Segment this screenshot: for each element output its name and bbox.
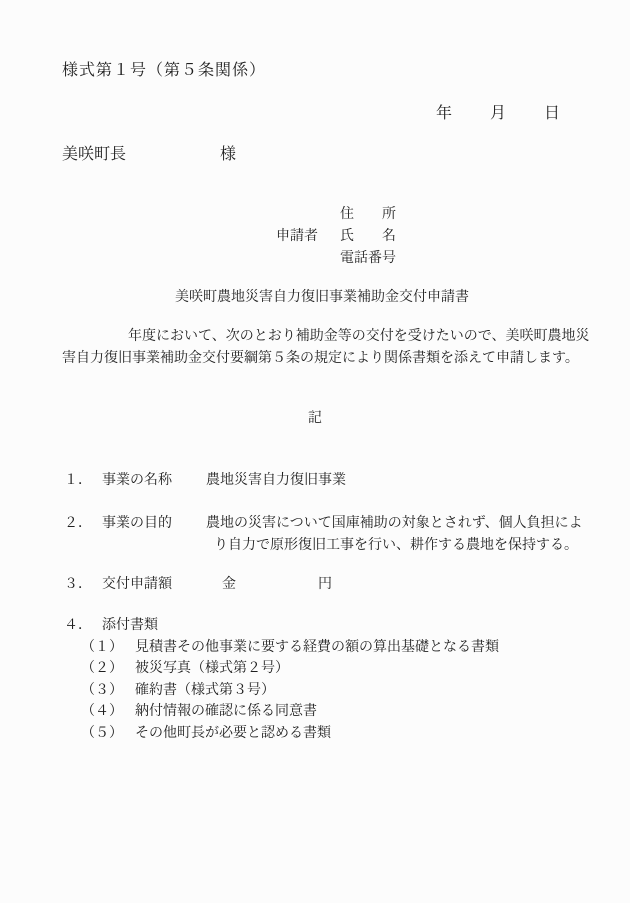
document-title: 美咲町農地災害自力復旧事業補助金交付申請書 [175,291,469,305]
item-2-value-line-1: 農地の災害について国庫補助の対象とされず、個人負担によ [206,517,583,531]
addressee-name: 美咲町長 [62,147,126,163]
applicant-phone-label: 電話番号 [340,252,396,266]
attachment-2-number: （２） [81,662,123,676]
attachment-4-number: （４） [81,705,123,719]
item-3-number: ３． [64,578,92,592]
form-number: 様式第１号（第５条関係） [62,63,266,79]
amount-unit: 円 [318,578,332,592]
applicant-label: 申請者 [276,230,318,244]
item-1-label: 事業の名称 [102,474,172,488]
attachment-4-text: 納付情報の確認に係る同意書 [135,705,317,719]
item-2-value-line-2: り自力で原形復旧工事を行い、耕作する農地を保持する。 [214,539,578,553]
item-1-value: 農地災害自力復旧事業 [206,474,346,488]
date-day-label: 日 [544,106,560,122]
body-line-2: 害自力復旧事業補助金交付要綱第５条の規定により関係書類を添えて申請します。 [62,352,579,366]
item-4-label: 添付書類 [102,619,158,633]
date-year-label: 年 [436,106,452,122]
document-page: 様式第１号（第５条関係） 年 月 日 美咲町長 様 住 所 申請者 氏 名 電話… [0,0,630,903]
attachment-1-text: 見積書その他事業に要する経費の額の算出基礎となる書類 [135,641,499,655]
attachment-1-number: （１） [81,641,123,655]
applicant-address-label: 住 所 [340,208,396,222]
attachment-3-text: 確約書（様式第３号） [135,684,275,698]
item-2-label: 事業の目的 [102,517,172,531]
record-marker: 記 [308,412,322,426]
date-month-label: 月 [490,106,506,122]
body-line-1: 年度において、次のとおり補助金等の交付を受けたいので、美咲町農地災 [128,330,589,344]
item-1-number: １． [64,474,92,488]
applicant-name-label: 氏 名 [340,230,396,244]
item-4-number: ４． [64,619,92,633]
attachment-2-text: 被災写真（様式第２号） [135,662,289,676]
attachment-5-number: （５） [81,727,123,741]
attachment-3-number: （３） [81,684,123,698]
item-3-label: 交付申請額 [102,578,172,592]
item-2-number: ２． [64,517,92,531]
addressee-honorific: 様 [220,147,236,163]
amount-prefix: 金 [222,578,236,592]
attachment-5-text: その他町長が必要と認める書類 [135,727,331,741]
